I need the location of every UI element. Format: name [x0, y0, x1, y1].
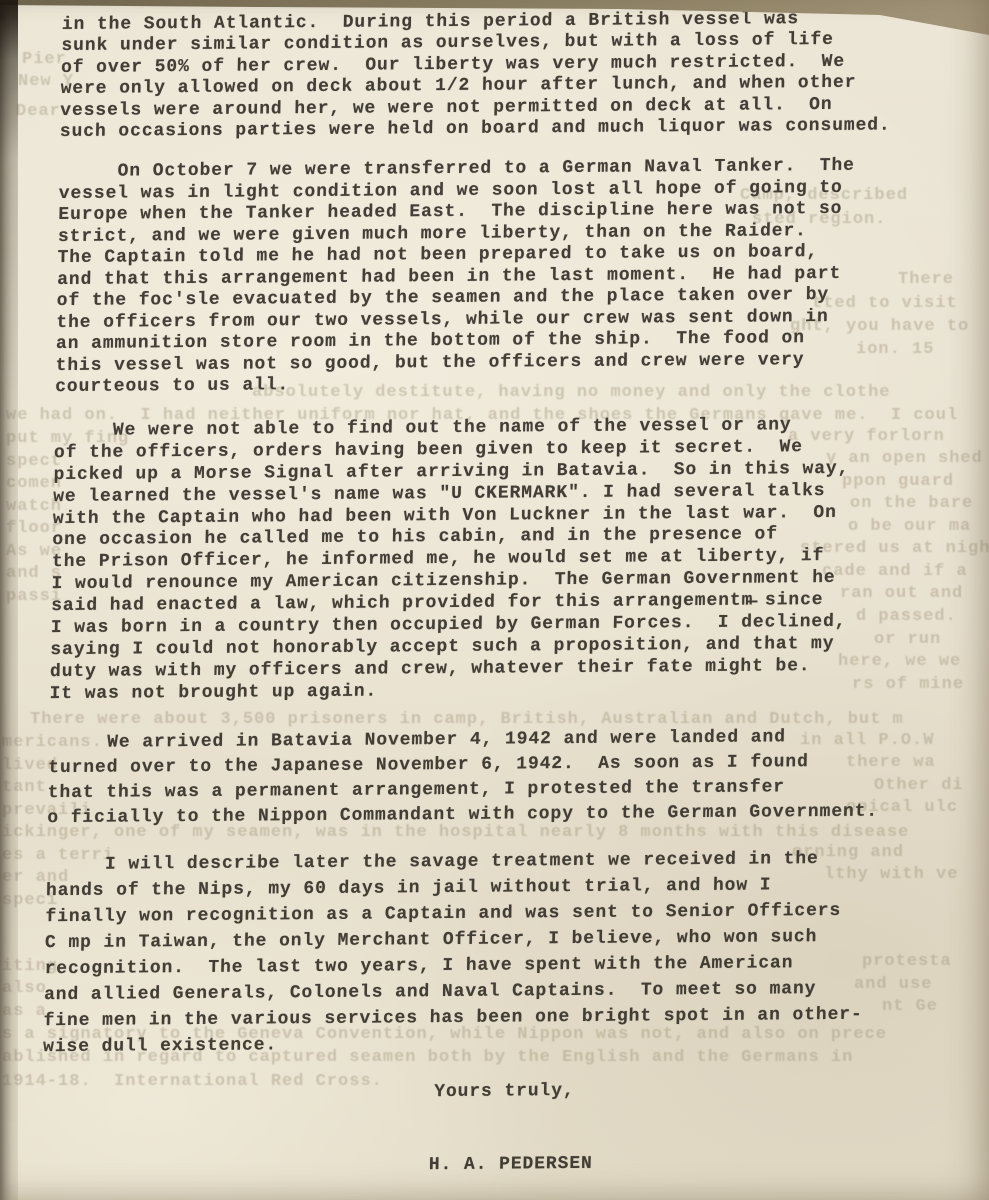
letter-paragraph: We were not able to find out the name of…: [49, 414, 974, 706]
page-edge-shadow: [0, 0, 18, 1200]
letter-text-block: in the South Atlantic. During this perio…: [41, 8, 982, 1181]
letter-photo: PierNew YDearCamp, describedsted region.…: [0, 0, 989, 1200]
letter-paragraph: On October 7 we were transferred to a Ge…: [55, 155, 979, 399]
bleed-through-text: Dear: [16, 102, 61, 121]
letter-closing: Yours truly,: [42, 1074, 962, 1107]
letter-paragraphs: in the South Atlantic. During this perio…: [43, 8, 982, 1060]
letter-paragraph: I will describe later the savage treatme…: [43, 844, 967, 1059]
letter-paragraph: We arrived in Batavia November 4, 1942 a…: [47, 724, 969, 832]
letter-paragraph: in the South Atlantic. During this perio…: [60, 8, 982, 144]
